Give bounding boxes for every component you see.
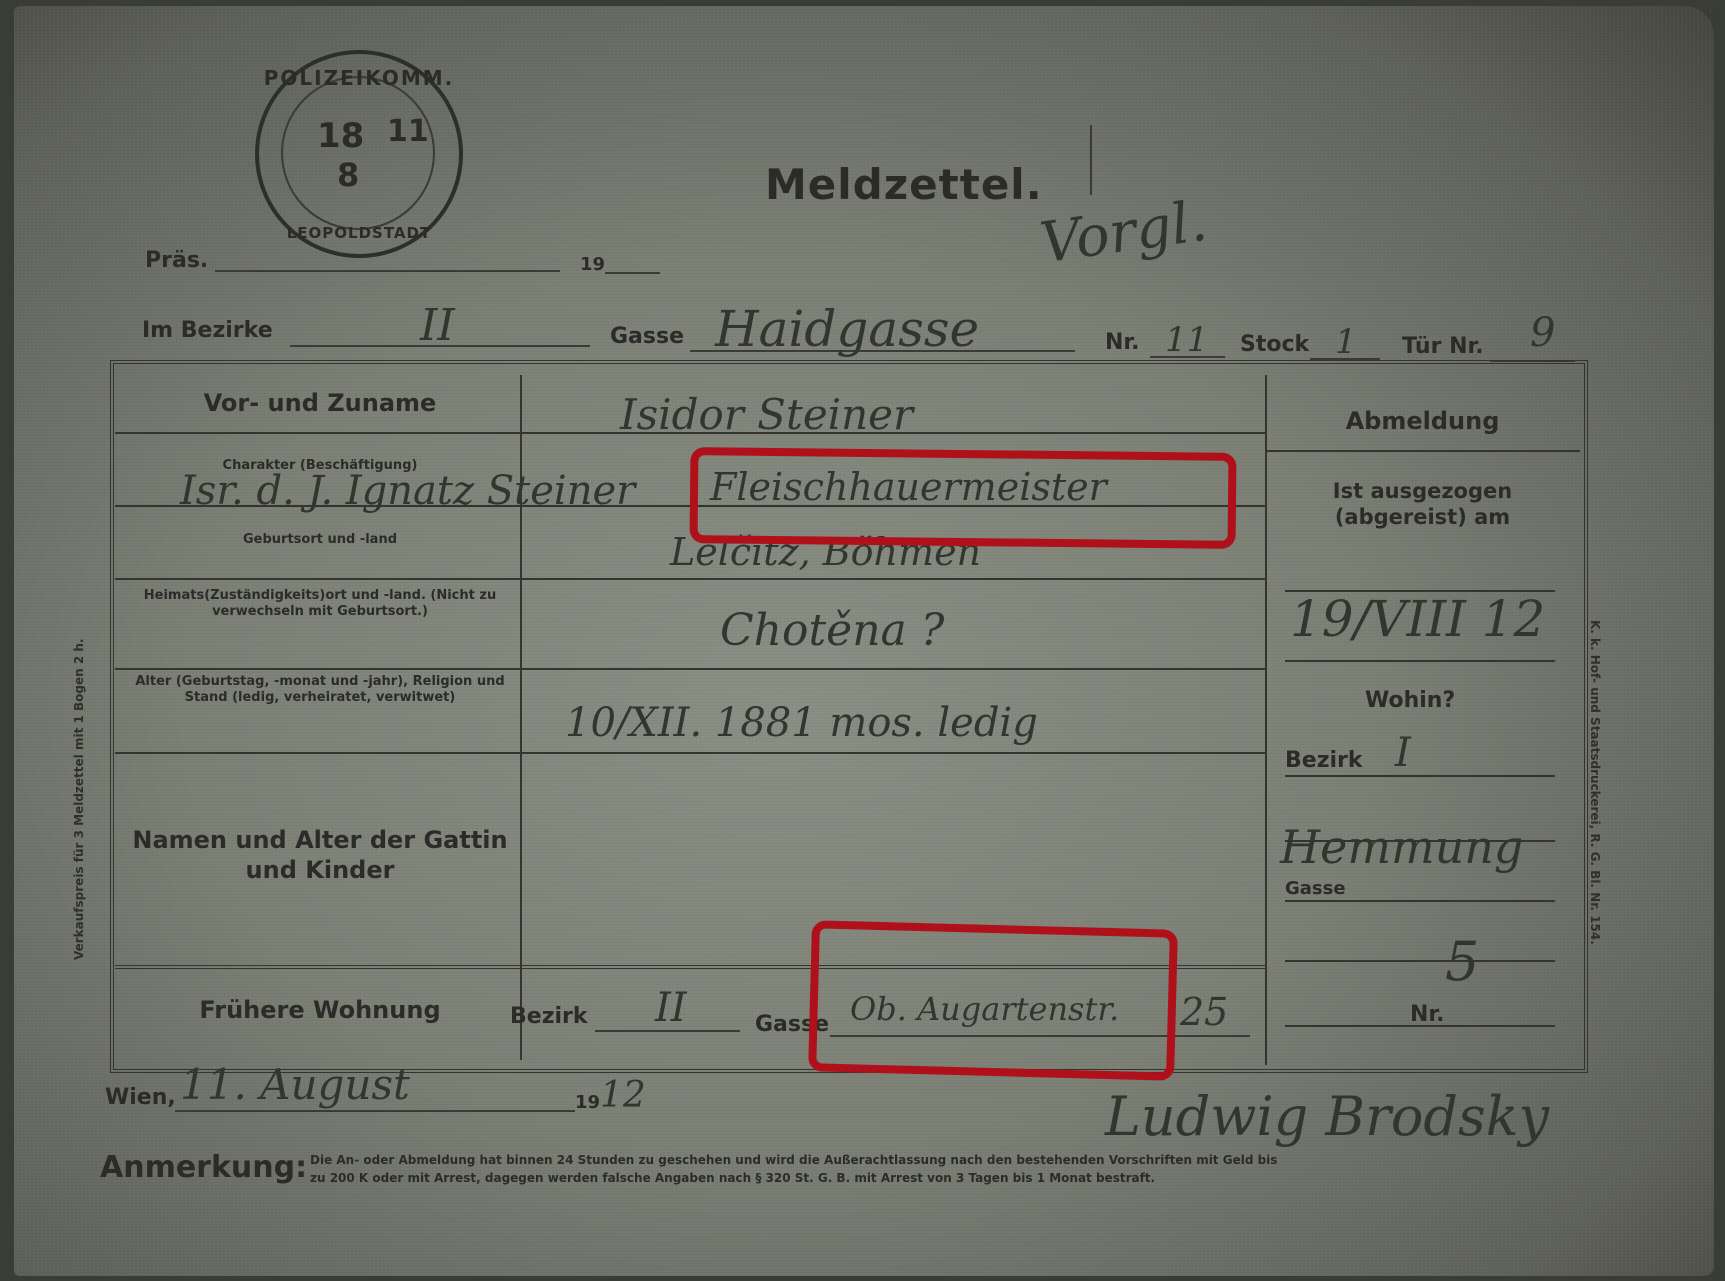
year-prefix: 19 xyxy=(575,1092,600,1113)
nr-label: Nr. xyxy=(1105,330,1139,355)
previous-bezirk-value: II xyxy=(655,985,687,1031)
year-value: 12 xyxy=(600,1075,646,1116)
gasse-value: Haidgasse xyxy=(715,300,979,358)
home-value: Chotěna ? xyxy=(720,605,944,656)
praes-label: Präs. xyxy=(145,248,208,273)
annotation-box-previous-street xyxy=(808,920,1178,1081)
abmeldung-line xyxy=(1285,775,1555,777)
note-line-2: zu 200 K oder mit Arrest, dagegen werden… xyxy=(310,1170,1600,1186)
table-divider-abmeldung xyxy=(1265,375,1267,1065)
date-line xyxy=(175,1110,575,1112)
pen-stroke xyxy=(1090,125,1092,195)
nr-value: 11 xyxy=(1165,320,1208,360)
stock-label: Stock xyxy=(1240,332,1309,357)
name-value: Isidor Steiner xyxy=(620,390,913,439)
previous-nr-value: 25 xyxy=(1180,990,1228,1034)
stamp-ring-bottom: LEOPOLDSTADT xyxy=(259,224,459,242)
postmark-stamp: POLIZEIKOMM. 18 11 8 LEOPOLDSTADT xyxy=(255,50,463,258)
abmeldung-line xyxy=(1285,960,1555,962)
stock-value: 1 xyxy=(1335,322,1357,362)
note-line-1: Die An- oder Abmeldung hat binnen 24 Stu… xyxy=(310,1152,1600,1168)
margin-note: Isr. d. J. Ignatz Steiner xyxy=(180,468,635,514)
row-divider xyxy=(115,668,1265,670)
wohin-label: Wohin? xyxy=(1365,688,1455,713)
date-value: 11. August xyxy=(180,1060,410,1109)
previous-residence-label: Frühere Wohnung xyxy=(130,995,510,1025)
family-label: Namen und Alter der Gattin und Kinder xyxy=(130,825,510,885)
abmeldung-bezirk-value: I xyxy=(1395,730,1411,776)
gasse-label: Gasse xyxy=(610,324,684,349)
stamp-month: 8 xyxy=(337,156,359,194)
tuer-value: 9 xyxy=(1530,310,1555,356)
right-margin-text: K. k. Hof- und Staatsdruckerei, R. G. Bl… xyxy=(1588,620,1602,1080)
moved-out-value: 19/VIII 12 xyxy=(1290,590,1545,648)
abmeldung-gasse-label: Gasse xyxy=(1285,878,1346,899)
praes-line xyxy=(215,270,560,272)
document-title: Meldzettel. xyxy=(765,160,1043,209)
row-divider xyxy=(115,752,1265,754)
stamp-hour: 11 xyxy=(387,114,429,149)
birthplace-label: Geburtsort und -land xyxy=(130,532,510,548)
moved-out-label: Ist ausgezogen (abgereist) am xyxy=(1290,478,1555,530)
row-divider xyxy=(115,578,1265,580)
name-label: Vor- und Zuname xyxy=(130,388,510,418)
praes-year-prefix: 19 xyxy=(580,254,605,275)
stamp-ring-top: POLIZEIKOMM. xyxy=(259,66,459,90)
left-margin-text: Verkaufspreis für 3 Meldzettel mit 1 Bog… xyxy=(72,450,86,960)
abmeldung-nr-label: Nr. xyxy=(1410,1002,1444,1027)
age-value: 10/XII. 1881 mos. ledig xyxy=(565,700,1038,746)
wien-label: Wien, xyxy=(105,1085,176,1110)
abmeldung-gasse-value: Hemmung xyxy=(1280,820,1523,874)
bezirk-value: II xyxy=(420,300,455,351)
bezirk-label: Im Bezirke xyxy=(142,318,273,343)
previous-bezirk-label: Bezirk xyxy=(510,1004,588,1029)
abmeldung-line xyxy=(1285,660,1555,662)
note-label: Anmerkung: xyxy=(100,1150,307,1185)
abmeldung-divider xyxy=(1265,450,1580,452)
age-label: Alter (Geburtstag, -monat und -jahr), Re… xyxy=(130,674,510,706)
abmeldung-bezirk-label: Bezirk xyxy=(1285,748,1363,773)
abmeldung-heading: Abmeldung xyxy=(1270,406,1575,436)
tuer-label: Tür Nr. xyxy=(1402,334,1484,359)
praes-year-line xyxy=(605,272,660,274)
stamp-day: 18 xyxy=(317,116,364,156)
abmeldung-nr-value: 5 xyxy=(1445,930,1479,993)
annotation-box-character xyxy=(690,447,1237,549)
signature: Ludwig Brodsky xyxy=(1105,1085,1549,1148)
abmeldung-line xyxy=(1285,900,1555,902)
home-label: Heimats(Zuständigkeits)ort und -land. (N… xyxy=(130,588,510,620)
